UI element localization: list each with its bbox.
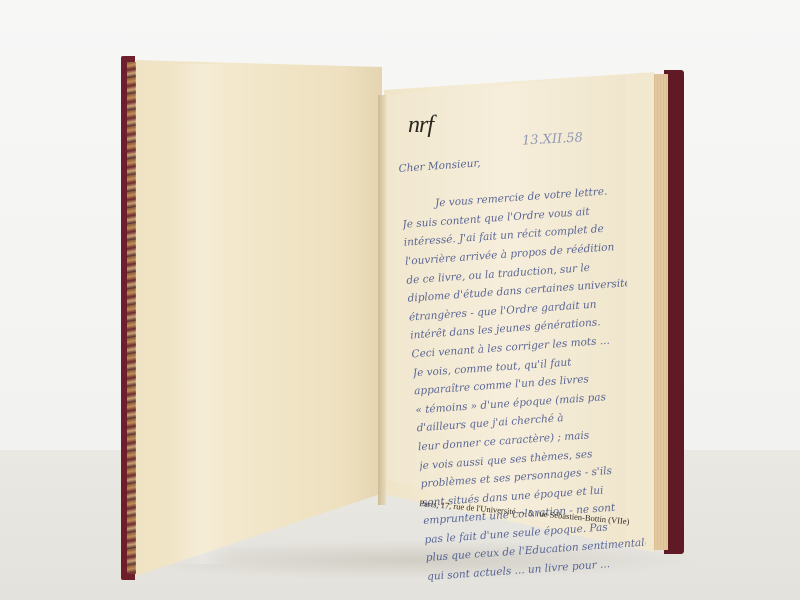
letter-date: 13.XII.58 xyxy=(522,130,584,148)
left-page-fold-highlight xyxy=(172,64,232,564)
nrf-letterhead-logo: nrf xyxy=(408,112,433,139)
marbled-endpaper-edge xyxy=(127,62,137,574)
book-gutter xyxy=(378,95,386,505)
